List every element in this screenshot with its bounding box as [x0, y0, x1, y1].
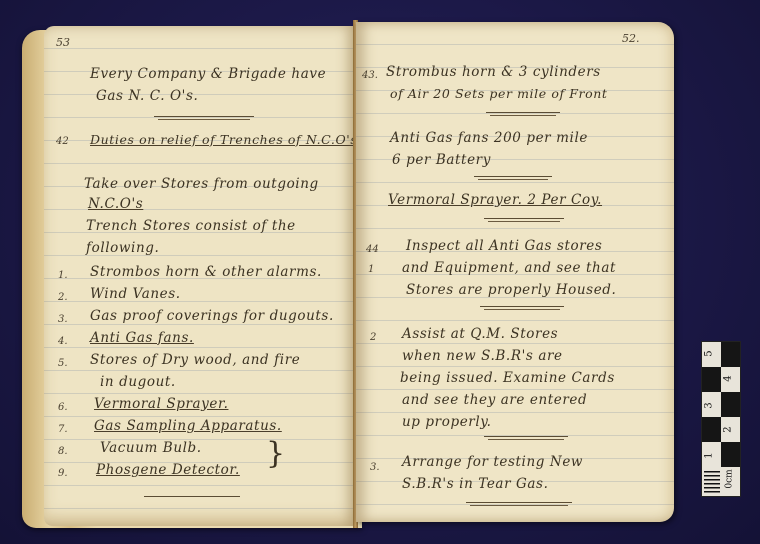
item-number: 5. — [58, 358, 68, 369]
right-page-number: 52. — [622, 32, 640, 45]
right-line: 6 per Battery — [392, 152, 491, 168]
divider-rule — [484, 218, 564, 219]
left-page: 53 Every Company & Brigade have Gas N. C… — [44, 26, 356, 526]
item-number: 2 — [370, 332, 376, 343]
left-list-item: Vermoral Sprayer. — [94, 396, 228, 412]
left-line: Take over Stores from outgoing — [84, 176, 319, 192]
scale-label: 4 — [723, 375, 734, 381]
right-line: Vermoral Sprayer. 2 Per Coy. — [388, 192, 602, 208]
left-list-item: Wind Vanes. — [90, 286, 181, 302]
right-line: up properly. — [402, 414, 492, 430]
section-number: 42 — [56, 136, 69, 147]
left-list-item: Vacuum Bulb. — [100, 440, 202, 456]
left-list-item: Strombos horn & other alarms. — [90, 264, 322, 280]
divider-rule — [474, 176, 552, 177]
divider-rule — [466, 502, 572, 503]
right-line: and Equipment, and see that — [402, 260, 616, 276]
scale-label: 2 — [723, 426, 734, 432]
left-list-item: Gas proof coverings for dugouts. — [90, 308, 334, 324]
item-number: 3. — [58, 314, 68, 325]
divider-rule — [484, 436, 568, 437]
left-line: Every Company & Brigade have — [90, 66, 326, 82]
left-line: N.C.O's — [88, 196, 143, 212]
right-line: Strombus horn & 3 cylinders — [386, 64, 601, 80]
right-line: Anti Gas fans 200 per mile — [390, 130, 588, 146]
right-line: Arrange for testing New — [402, 454, 583, 470]
right-page: 52. 43. Strombus horn & 3 cylinders of A… — [356, 22, 674, 522]
left-list-item: Gas Sampling Apparatus. — [94, 418, 282, 434]
left-line: Trench Stores consist of the — [86, 218, 296, 234]
item-number: 8. — [58, 446, 68, 457]
scale-ticks — [704, 471, 720, 493]
left-line: following. — [86, 240, 159, 256]
right-line: being issued. Examine Cards — [400, 370, 615, 386]
item-number: 3. — [370, 462, 380, 473]
section-number: 44 — [366, 244, 379, 255]
right-line: Assist at Q.M. Stores — [402, 326, 558, 342]
right-line: when new S.B.R's are — [402, 348, 563, 364]
divider-rule — [144, 496, 240, 497]
item-number: 1 — [368, 264, 374, 275]
right-line: Inspect all Anti Gas stores — [406, 238, 602, 254]
divider-rule — [486, 112, 560, 113]
section-number: 43. — [362, 70, 378, 81]
left-list-item: Stores of Dry wood, and fire — [90, 352, 300, 368]
divider-rule — [154, 116, 254, 117]
right-line: of Air 20 Sets per mile of Front — [390, 86, 608, 101]
scale-label: 1 — [704, 452, 715, 458]
left-heading: Duties on relief of Trenches of N.C.O's — [90, 132, 356, 147]
divider-rule — [480, 306, 564, 307]
scale-label: 5 — [704, 350, 715, 356]
right-line: and see they are entered — [402, 392, 587, 408]
left-list-item: in dugout. — [100, 374, 176, 390]
item-number: 4. — [58, 336, 68, 347]
left-list-item: Anti Gas fans. — [90, 330, 194, 346]
item-number: 6. — [58, 402, 68, 413]
scale-label: 3 — [704, 402, 715, 408]
left-page-number: 53 — [56, 36, 70, 49]
scale-unit-label: 0cm — [725, 469, 735, 488]
brace-mark: } — [266, 436, 285, 471]
notebook-photo: 53 Every Company & Brigade have Gas N. C… — [0, 0, 760, 544]
item-number: 1. — [58, 270, 68, 281]
right-line: S.B.R's in Tear Gas. — [402, 476, 548, 492]
right-line: Stores are properly Housed. — [406, 282, 616, 298]
left-list-item: Phosgene Detector. — [96, 462, 240, 478]
item-number: 2. — [58, 292, 68, 303]
left-line: Gas N. C. O's. — [96, 88, 198, 104]
cm-scale-bar: 5 4 3 2 1 0cm — [701, 341, 741, 497]
item-number: 9. — [58, 468, 68, 479]
item-number: 7. — [58, 424, 68, 435]
